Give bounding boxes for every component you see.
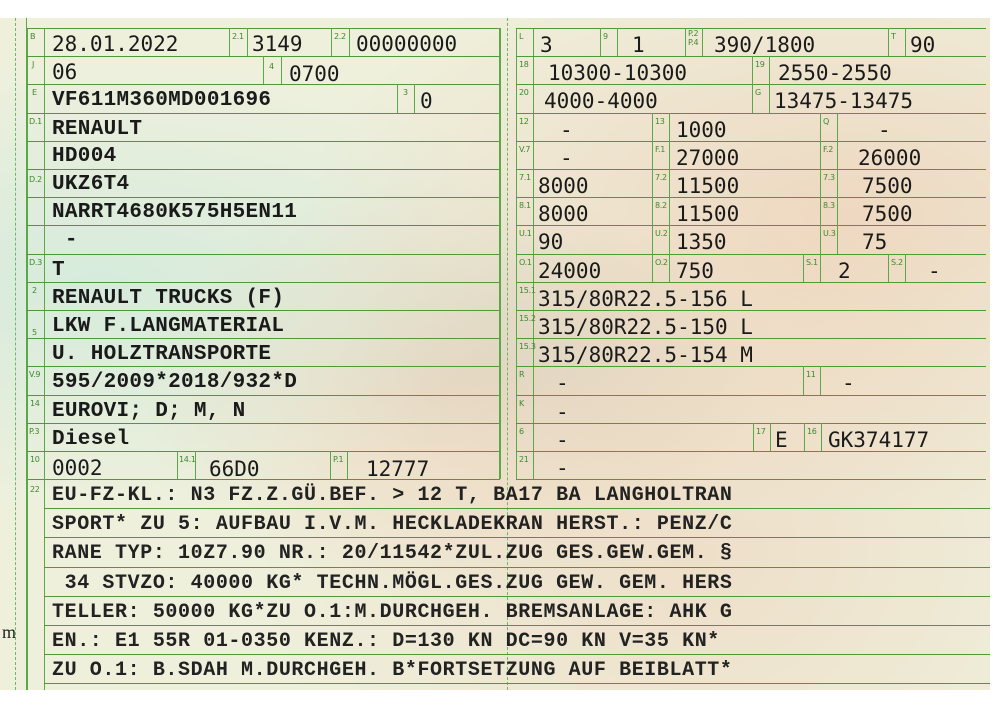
- field-value-9: 1: [632, 34, 645, 56]
- field-label-10: 10: [30, 455, 40, 464]
- column-divider: [652, 225, 653, 253]
- row-divider: [44, 567, 990, 568]
- field-label-S1: S.1: [806, 258, 818, 267]
- field-label-F2: F.2: [823, 145, 833, 154]
- row-divider: [27, 451, 500, 452]
- field-value-J: 06: [52, 61, 77, 83]
- row-divider: [27, 282, 500, 283]
- column-divider: [669, 254, 670, 282]
- column-divider: [905, 254, 906, 282]
- field-value-8_1: 8000: [538, 203, 589, 225]
- field-value-U1: 90: [538, 231, 563, 253]
- field-label-2-1: 2.1: [232, 32, 244, 41]
- row-divider: [27, 225, 500, 226]
- row-divider: [27, 84, 500, 85]
- column-divider: [652, 169, 653, 197]
- field-label-22: 22: [30, 485, 40, 494]
- field-label-U1: U.1: [519, 229, 532, 238]
- field-value-19: 2550-2550: [778, 62, 892, 84]
- field-value-4: 0700: [289, 63, 340, 85]
- remark-line: TELLER: 50000 KG*ZU O.1:M.DURCHGEH. BREM…: [52, 602, 733, 624]
- field-value-16: GK374177: [828, 429, 929, 451]
- column-divider: [702, 28, 703, 56]
- field-label-G: G: [755, 88, 761, 97]
- field-label-R: R: [519, 370, 524, 379]
- remark-line: RANE TYP: 10Z7.90 NR.: 20/11542*ZUL.ZUG …: [52, 543, 733, 565]
- column-divider: [347, 451, 348, 479]
- column-divider: [905, 28, 906, 56]
- row-divider: [516, 423, 986, 424]
- field-label-B: B: [30, 32, 35, 41]
- row-divider: [44, 683, 990, 684]
- field-label-Q: Q: [823, 117, 829, 126]
- column-divider: [499, 28, 500, 479]
- field-label-7_3: 7.3: [823, 173, 835, 182]
- field-value-D1: RENAULT: [52, 119, 142, 141]
- column-divider: [349, 28, 350, 56]
- column-divider: [27, 479, 28, 690]
- field-label-18: 18: [519, 60, 529, 69]
- field-value-D2-0: HD004: [52, 146, 117, 168]
- row-divider: [27, 169, 500, 170]
- column-divider: [837, 169, 838, 197]
- field-value-Q: -: [878, 119, 891, 141]
- field-label-15_3: 15.3: [519, 342, 536, 351]
- field-value-K: -: [556, 401, 569, 423]
- field-label-8_3: 8.3: [823, 201, 835, 210]
- field-value-5-0: LKW F.LANGMATERIAL: [52, 316, 284, 338]
- field-label-14: 14: [30, 399, 40, 408]
- column-divider: [770, 423, 771, 451]
- column-divider: [669, 197, 670, 225]
- field-label-K: K: [519, 399, 524, 408]
- column-divider: [652, 254, 653, 282]
- field-label-15_1: 15.1: [519, 286, 536, 295]
- field-value-18: 10300-10300: [548, 62, 687, 84]
- field-label-13: 13: [655, 117, 665, 126]
- field-label-14-1: 14.1: [179, 455, 196, 464]
- row-divider: [27, 254, 500, 255]
- field-label-21: 21: [519, 455, 529, 464]
- row-divider: [44, 596, 990, 597]
- field-label-8_2: 8.2: [655, 201, 667, 210]
- column-divider: [837, 113, 838, 141]
- row-divider: [44, 508, 990, 509]
- column-divider: [820, 254, 821, 282]
- row-divider: [27, 395, 500, 396]
- field-label-O1: O.1: [519, 258, 532, 267]
- field-value-D2-2: NARRT4680K575H5EN11: [52, 202, 297, 224]
- row-divider: [516, 28, 986, 29]
- column-divider: [652, 113, 653, 141]
- column-divider: [837, 141, 838, 169]
- field-value-S1: 2: [838, 260, 851, 282]
- field-label-P1: P.1: [333, 455, 343, 464]
- field-value-L: 3: [540, 34, 553, 56]
- column-divider: [820, 141, 821, 169]
- field-label-5: 5: [32, 328, 37, 337]
- field-value-R: -: [556, 372, 569, 394]
- field-value-15_3: 315/80R22.5-154 M: [538, 344, 753, 366]
- field-label-16: 16: [807, 427, 817, 436]
- column-divider: [821, 423, 822, 451]
- field-label-E: E: [32, 88, 37, 97]
- column-divider: [752, 84, 753, 112]
- field-value-E: VF611M360MD001696: [52, 90, 271, 112]
- column-divider: [229, 28, 230, 56]
- column-divider: [669, 141, 670, 169]
- row-divider: [27, 28, 500, 29]
- column-divider: [803, 254, 804, 282]
- field-value-S2: -: [928, 260, 941, 282]
- field-label-V7: V.7: [519, 145, 530, 154]
- field-value-13: 1000: [676, 119, 727, 141]
- field-label-4: 4: [269, 62, 274, 71]
- field-value-D3: T: [52, 260, 65, 282]
- column-divider: [330, 451, 331, 479]
- remark-line: 34 STVZO: 40000 KG* TECHN.MÖGL.GES.ZUG G…: [52, 573, 733, 595]
- field-value-6: -: [556, 429, 569, 451]
- row-divider: [516, 254, 986, 255]
- field-label-U3: U.3: [823, 229, 836, 238]
- field-label-17: 17: [756, 427, 766, 436]
- field-label-T: T: [891, 32, 896, 41]
- row-divider: [27, 141, 500, 142]
- column-divider: [331, 28, 332, 56]
- field-label-2-2: 2.2: [334, 32, 346, 41]
- field-label-2: 2: [32, 286, 37, 295]
- column-divider: [820, 113, 821, 141]
- row-divider: [516, 141, 986, 142]
- column-divider: [652, 197, 653, 225]
- field-value-12: -: [560, 119, 573, 141]
- column-divider: [600, 28, 601, 56]
- field-value-U3: 75: [862, 231, 887, 253]
- margin-line: [15, 18, 17, 690]
- field-label-S2: S.2: [891, 258, 903, 267]
- field-label-D2: D.2: [29, 175, 42, 184]
- field-value-15_1: 315/80R22.5-156 L: [538, 288, 753, 310]
- field-value-D2-3: -: [52, 230, 78, 252]
- field-label-P2P4: P.2 P.4: [688, 29, 698, 47]
- field-label-12: 12: [519, 117, 529, 126]
- column-divider: [753, 423, 754, 451]
- field-value-7_1: 8000: [538, 175, 589, 197]
- field-label-8_1: 8.1: [519, 201, 531, 210]
- field-value-8_2: 11500: [676, 203, 739, 225]
- field-value-8_3: 7500: [862, 203, 913, 225]
- field-value-7_3: 7500: [862, 175, 913, 197]
- column-divider: [177, 451, 178, 479]
- field-label-D1: D.1: [29, 117, 42, 126]
- field-value-3: 0: [420, 90, 433, 112]
- remark-line: ZU O.1: B.SDAH M.DURCHGEH. B*FORTSETZUNG…: [52, 660, 733, 682]
- row-divider: [44, 537, 990, 538]
- column-divider: [414, 84, 415, 112]
- row-divider: [44, 654, 990, 655]
- column-divider: [669, 113, 670, 141]
- margin-text: m: [2, 622, 16, 643]
- column-divider: [669, 169, 670, 197]
- column-divider: [44, 479, 45, 690]
- column-divider: [397, 84, 398, 112]
- field-value-P1: 12777: [366, 458, 429, 480]
- column-divider: [804, 423, 805, 451]
- field-value-D2-1: UKZ6T4: [52, 174, 129, 196]
- remark-line: EN.: E1 55R 01-0350 KENZ.: D=130 KN DC=9…: [52, 631, 720, 653]
- field-label-F1: F.1: [655, 145, 665, 154]
- column-divider: [820, 169, 821, 197]
- column-divider: [247, 28, 248, 56]
- field-label-9: 9: [603, 32, 608, 41]
- row-divider: [27, 338, 500, 339]
- field-label-11: 11: [806, 370, 816, 379]
- column-divider: [263, 56, 264, 84]
- column-divider: [44, 28, 45, 56]
- column-divider: [888, 28, 889, 56]
- column-divider: [803, 366, 804, 394]
- field-value-2-2: 00000000: [356, 33, 457, 55]
- field-value-V9: 595/2009*2018/932*D: [52, 372, 297, 394]
- row-divider: [27, 366, 500, 367]
- column-divider: [500, 28, 501, 479]
- column-divider: [769, 84, 770, 112]
- field-value-V7: -: [560, 147, 573, 169]
- column-divider: [769, 56, 770, 84]
- column-divider: [888, 254, 889, 282]
- remark-line: SPORT* ZU 5: AUFBAU I.V.M. HECKLADEKRAN …: [52, 514, 733, 536]
- field-value-2-1: 3149: [252, 33, 303, 55]
- field-value-G: 13475-13475: [774, 90, 913, 112]
- row-divider: [516, 479, 986, 480]
- field-label-J: J: [32, 60, 34, 69]
- field-value-B: 28.01.2022: [52, 33, 178, 55]
- field-value-14: EUROVI; D; M, N: [52, 401, 246, 423]
- field-value-17: E: [775, 429, 788, 451]
- row-divider: [44, 625, 990, 626]
- row-divider: [27, 310, 500, 311]
- field-label-6: 6: [519, 427, 524, 436]
- row-divider: [27, 423, 500, 424]
- column-divider: [837, 225, 838, 253]
- field-value-O1: 24000: [538, 260, 601, 282]
- column-divider: [820, 225, 821, 253]
- field-value-F2: 26000: [858, 147, 921, 169]
- field-label-3: 3: [403, 88, 408, 97]
- field-value-P3: Diesel: [52, 429, 129, 451]
- field-value-21: -: [556, 457, 569, 479]
- field-label-7_2: 7.2: [655, 173, 667, 182]
- column-divider: [652, 141, 653, 169]
- field-label-L: L: [519, 32, 523, 41]
- column-divider: [617, 28, 618, 56]
- column-divider: [669, 225, 670, 253]
- row-divider: [516, 395, 986, 396]
- remark-line: EU-FZ-KL.: N3 FZ.Z.GÜ.BEF. > 12 T, BA17 …: [52, 485, 733, 507]
- field-value-11: -: [842, 372, 855, 394]
- field-value-P2P4: 390/1800: [714, 34, 815, 56]
- column-divider: [820, 366, 821, 394]
- field-value-U2: 1350: [676, 231, 727, 253]
- field-label-7_1: 7.1: [519, 173, 531, 182]
- field-label-V9: V.9: [29, 370, 40, 379]
- field-value-10: 0002: [52, 457, 103, 479]
- field-value-O2: 750: [676, 260, 714, 282]
- row-divider: [27, 197, 500, 198]
- field-value-20: 4000-4000: [544, 90, 658, 112]
- field-value-15_2: 315/80R22.5-150 L: [538, 316, 753, 338]
- field-label-O2: O.2: [655, 258, 668, 267]
- field-label-15_2: 15.2: [519, 314, 536, 323]
- field-value-F1: 27000: [676, 147, 739, 169]
- column-divider: [837, 197, 838, 225]
- field-value-2: RENAULT TRUCKS (F): [52, 288, 284, 310]
- field-value-T: 90: [910, 34, 935, 56]
- field-label-D3: D.3: [29, 258, 42, 267]
- field-value-5-1: U. HOLZTRANSPORTE: [52, 344, 271, 366]
- column-divider: [820, 197, 821, 225]
- field-label-20: 20: [519, 88, 529, 97]
- column-divider: [685, 28, 686, 56]
- field-value-14-1: 66D0: [209, 458, 260, 480]
- field-label-P3: P.3: [29, 427, 39, 436]
- field-label-U2: U.2: [655, 229, 668, 238]
- field-value-7_2: 11500: [676, 175, 739, 197]
- field-label-19: 19: [755, 60, 765, 69]
- column-divider: [281, 56, 282, 84]
- column-divider: [752, 56, 753, 84]
